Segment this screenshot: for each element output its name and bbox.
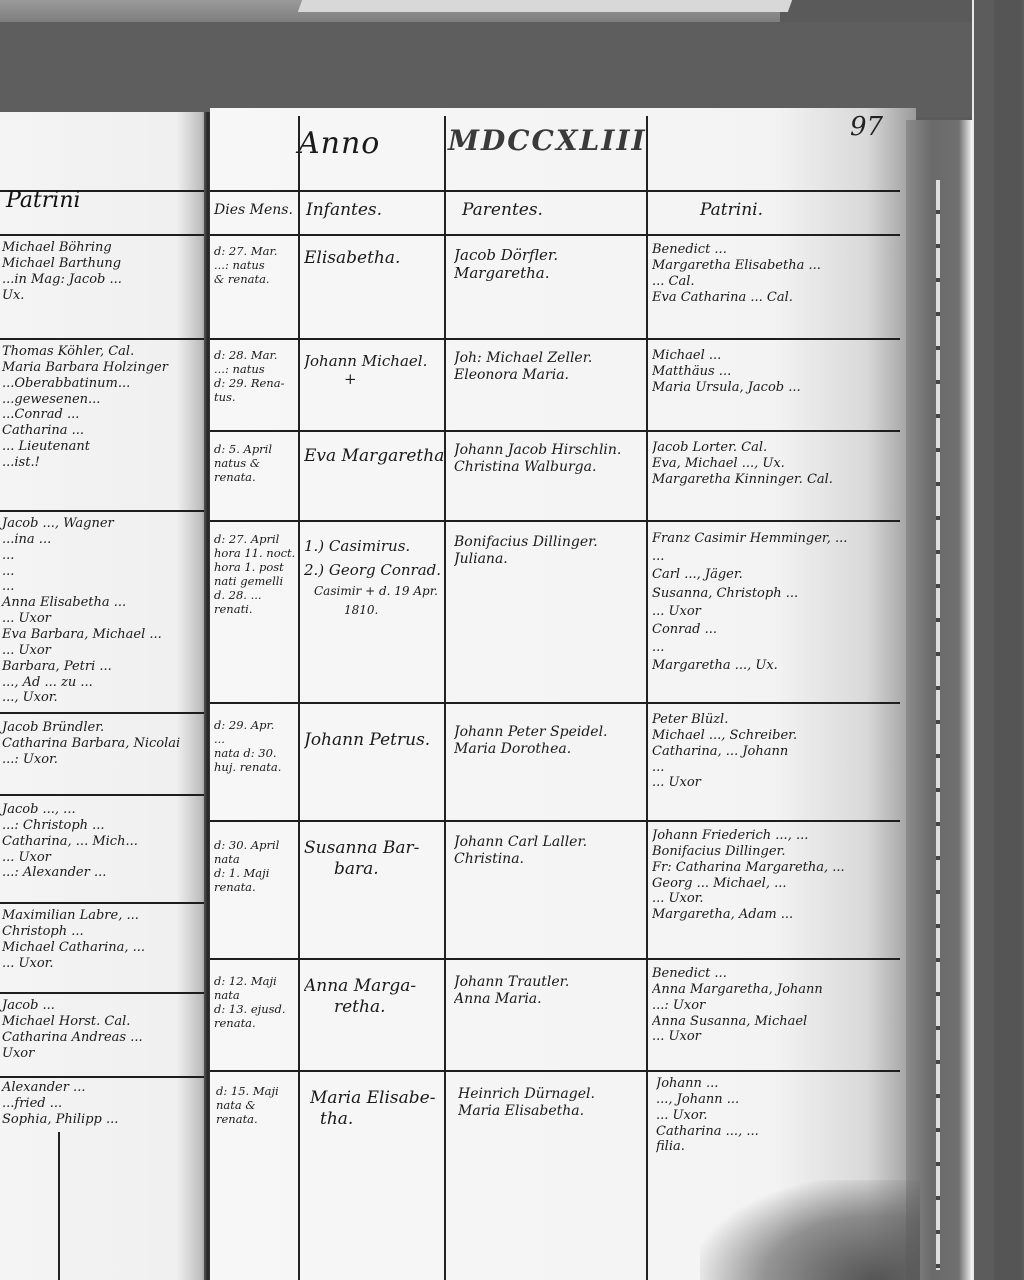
entry-godparents: Michael ... Matthäus ... Maria Ursula, J… [652,348,902,396]
entry-parents: Johann Trautler. Anna Maria. [454,974,644,1008]
left-entry: Michael Böhring Michael Barthung ...in M… [2,240,202,303]
scan-frame [0,22,1024,117]
entry-infant: Susanna Bar- bara. [304,838,444,879]
rule [0,338,208,340]
entry-date: d: 27. Mar. ...: natus & renata. [214,244,296,286]
entry-date: d: 28. Mar. ...: natus d: 29. Rena- tus. [214,348,296,404]
entry-parents: Jacob Dörfler. Margaretha. [454,246,644,283]
entry-godparents: Benedict ... Margaretha Elisabetha ... .… [652,242,902,305]
header-rule [210,234,900,236]
year-heading: MDCCXLIII [448,124,647,157]
header-rule [210,190,900,192]
column-header-parents: Parentes. [462,200,543,220]
scan-right-margin [972,0,1024,1280]
left-entry: Thomas Köhler, Cal. Maria Barbara Holzin… [2,344,202,471]
entry-parents: Johann Carl Laller. Christina. [454,834,644,868]
entry-date: d: 15. Maji nata & renata. [216,1084,298,1126]
entry-date: d: 5. April natus & renata. [214,442,296,484]
column-header-date: Dies Mens. [214,202,293,218]
column-rule [298,116,300,1280]
left-entry: Jacob ..., ... ...: Christoph ... Cathar… [2,802,202,881]
entry-date: d: 12. Maji nata d: 13. ejusd. renata. [214,974,296,1030]
rule [0,234,208,236]
scan-shadow [700,1180,920,1280]
left-entry: Jacob ... Michael Horst. Cal. Catharina … [2,998,202,1061]
entry-infant: Maria Elisabe- tha. [310,1088,450,1129]
entry-godparents: Johann Friederich ..., ... Bonifacius Di… [652,828,902,923]
entry-infant: Anna Marga- retha. [304,976,444,1017]
entry-infant: 1.) Casimirus. 2.) Georg Conrad. Casimir… [304,534,444,620]
row-rule [210,430,900,432]
left-entry: Jacob Bründler. Catharina Barbara, Nicol… [2,720,202,768]
entry-parents: Bonifacius Dillinger. Juliana. [454,534,644,568]
entry-infant: Eva Margaretha. [304,446,444,467]
rule [0,902,208,904]
entry-parents: Johann Peter Speidel. Maria Dorothea. [454,724,644,758]
row-rule [210,1070,900,1072]
left-entry: Maximilian Labre, ... Christoph ... Mich… [2,908,202,971]
left-column-header: Patrini [6,188,81,215]
entry-parents: Joh: Michael Zeller. Eleonora Maria. [454,350,644,384]
left-entry: Alexander ... ...fried ... Sophia, Phili… [2,1080,202,1128]
entry-godparents: Johann ... ..., Johann ... ... Uxor. Cat… [656,1076,896,1155]
row-rule [210,702,900,704]
row-rule [210,820,900,822]
entry-godparents: Benedict ... Anna Margaretha, Johann ...… [652,966,902,1045]
rule [0,992,208,994]
entry-godparents: Franz Casimir Hemminger, ... ... Carl ..… [652,530,902,676]
row-rule [210,520,900,522]
entry-date: d: 27. April hora 11. noct. hora 1. post… [214,532,296,616]
row-rule [210,338,900,340]
rule [0,712,208,714]
rule [58,1132,60,1280]
entry-parents: Heinrich Dürnagel. Maria Elisabetha. [458,1086,648,1120]
scan-top-highlight [298,0,792,12]
rule [0,794,208,796]
book-binding-edge [906,120,972,1280]
rule [0,510,208,512]
row-rule [210,958,900,960]
page-number: 97 [850,112,883,142]
entry-godparents: Peter Blüzl. Michael ..., Schreiber. Cat… [652,712,902,791]
entry-infant: Johann Petrus. [304,730,444,751]
right-page: Anno MDCCXLIII 97 Dies Mens. Infantes. P… [210,108,916,1280]
entry-date: d: 29. Apr. ... nata d: 30. huj. renata. [214,718,296,774]
left-page: Patrini Michael Böhring Michael Barthung… [0,112,208,1280]
entry-parents: Johann Jacob Hirschlin. Christina Walbur… [454,442,644,476]
left-entry: Jacob ..., Wagner ...ina ... ... ... ...… [2,516,202,706]
entry-infant: Johann Michael. + [304,352,444,389]
entry-infant: Elisabetha. [304,248,444,269]
column-header-godparents: Patrini. [700,200,763,220]
rule [0,1076,208,1078]
entry-godparents: Jacob Lorter. Cal. Eva, Michael ..., Ux.… [652,440,902,488]
column-header-infants: Infantes. [306,200,382,220]
entry-date: d: 30. April nata d: 1. Maji renata. [214,838,296,894]
anno-label: Anno [298,126,380,161]
